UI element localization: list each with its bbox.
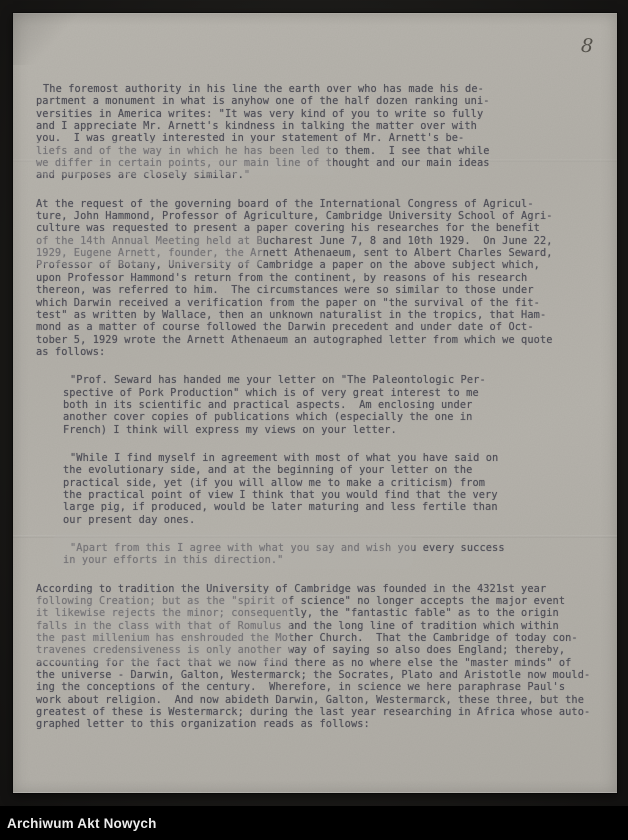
paragraph: The foremost authority in his line the e… xyxy=(36,83,602,182)
handwritten-page-number: 8 xyxy=(580,35,594,58)
corner-fold-shading xyxy=(13,13,77,65)
archive-caption-text: Archiwum Akt Nowych xyxy=(0,816,157,831)
typewritten-text: The foremost authority in his line the e… xyxy=(36,83,602,747)
archive-caption-bar: Archiwum Akt Nowych xyxy=(0,806,628,840)
paragraph: According to tradition the University of… xyxy=(36,583,602,731)
paragraph: "While I find myself in agreement with m… xyxy=(63,452,602,526)
document-page: 8 The foremost authority in his line the… xyxy=(13,13,617,793)
paragraph: At the request of the governing board of… xyxy=(36,198,602,358)
paragraph: "Prof. Seward has handed me your letter … xyxy=(63,374,602,436)
paragraph: "Apart from this I agree with what you s… xyxy=(63,542,602,567)
